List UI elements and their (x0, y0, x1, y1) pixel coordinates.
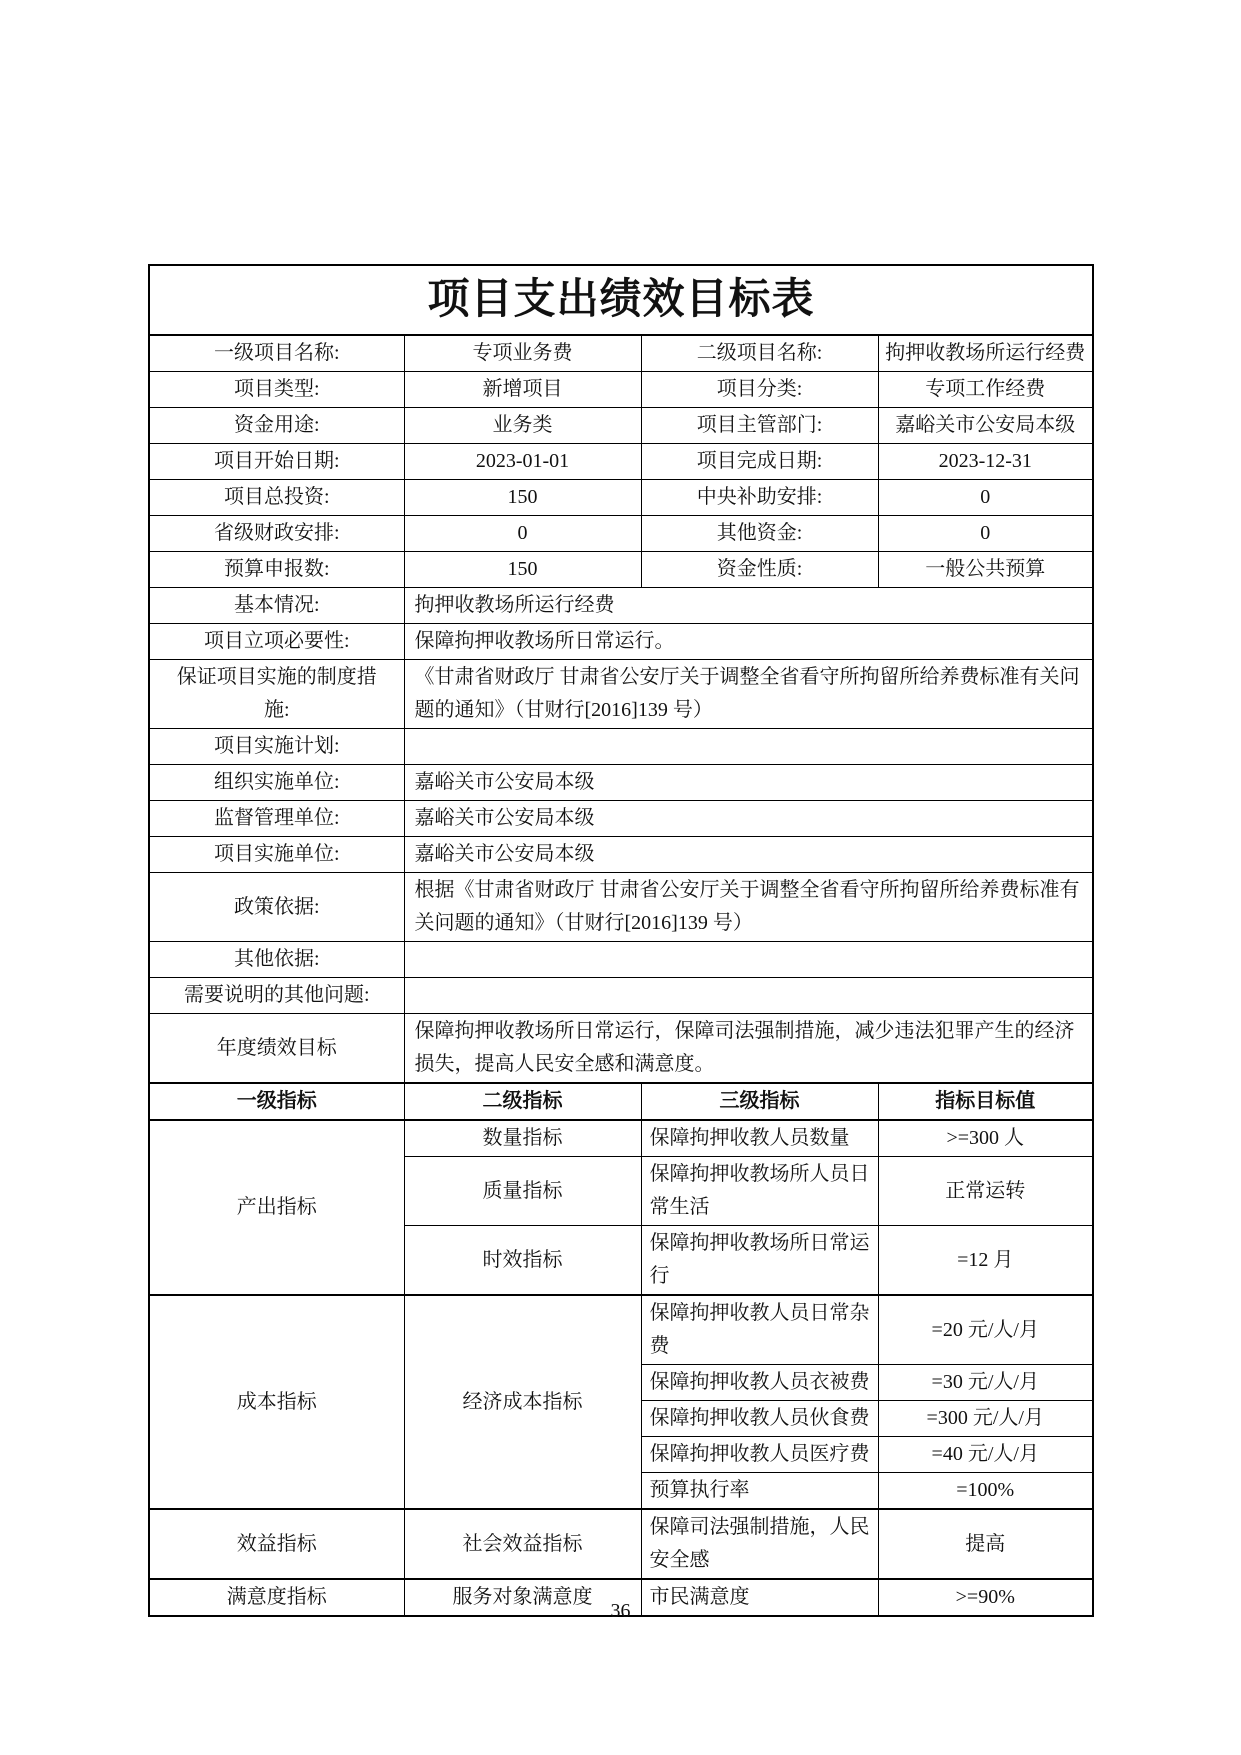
row-value: 嘉峪关市公安局本级 (404, 837, 1093, 873)
row-label: 基本情况: (149, 588, 404, 624)
row-label: 其他依据: (149, 942, 404, 978)
row-value: 《甘肃省财政厅 甘肃省公安厅关于调整全省看守所拘留所给养费标准有关问题的通知》（… (404, 660, 1093, 729)
page-number: 36 (0, 1600, 1241, 1623)
level3-indicator: 保障司法强制措施，人民安全感 (641, 1509, 878, 1579)
row-value: 业务类 (404, 408, 641, 444)
level2-indicator: 经济成本指标 (404, 1295, 641, 1509)
level3-indicator: 保障拘押收教人员数量 (641, 1120, 878, 1157)
column-header: 二级指标 (404, 1083, 641, 1120)
table-row: 组织实施单位: 嘉峪关市公安局本级 (149, 765, 1093, 801)
level2-indicator: 时效指标 (404, 1226, 641, 1296)
row-label: 中央补助安排: (641, 480, 878, 516)
row-label: 项目实施单位: (149, 837, 404, 873)
row-label: 项目实施计划: (149, 729, 404, 765)
row-value: 嘉峪关市公安局本级 (878, 408, 1093, 444)
table-row: 需要说明的其他问题: (149, 978, 1093, 1014)
table-row: 年度绩效目标 保障拘押收教场所日常运行，保障司法强制措施，减少违法犯罪产生的经济… (149, 1014, 1093, 1084)
indicator-row: 效益指标 社会效益指标 保障司法强制措施，人民安全感 提高 (149, 1509, 1093, 1579)
row-value: 2023-01-01 (404, 444, 641, 480)
indicator-row: 成本指标 经济成本指标 保障拘押收教人员日常杂费 =20 元/人/月 (149, 1295, 1093, 1365)
table-row: 项目开始日期: 2023-01-01 项目完成日期: 2023-12-31 (149, 444, 1093, 480)
indicator-target: =100% (878, 1473, 1093, 1510)
indicator-target: =12 月 (878, 1226, 1093, 1296)
row-value: 一般公共预算 (878, 552, 1093, 588)
level1-indicator: 成本指标 (149, 1295, 404, 1509)
level3-indicator: 保障拘押收教人员衣被费 (641, 1365, 878, 1401)
row-value: 保障拘押收教场所日常运行。 (404, 624, 1093, 660)
row-value (404, 942, 1093, 978)
level2-indicator: 数量指标 (404, 1120, 641, 1157)
indicator-target: 正常运转 (878, 1157, 1093, 1226)
row-label: 二级项目名称: (641, 335, 878, 372)
row-label: 保证项目实施的制度措施: (149, 660, 404, 729)
row-value (404, 978, 1093, 1014)
row-label: 项目立项必要性: (149, 624, 404, 660)
indicator-row: 产出指标 数量指标 保障拘押收教人员数量 >=300 人 (149, 1120, 1093, 1157)
row-label: 一级项目名称: (149, 335, 404, 372)
row-label: 项目完成日期: (641, 444, 878, 480)
column-header: 指标目标值 (878, 1083, 1093, 1120)
indicator-target: =300 元/人/月 (878, 1401, 1093, 1437)
row-value: 2023-12-31 (878, 444, 1093, 480)
row-value: 专项业务费 (404, 335, 641, 372)
table-row: 基本情况: 拘押收教场所运行经费 (149, 588, 1093, 624)
row-value (404, 729, 1093, 765)
indicator-target: =40 元/人/月 (878, 1437, 1093, 1473)
table-row: 资金用途: 业务类 项目主管部门: 嘉峪关市公安局本级 (149, 408, 1093, 444)
level3-indicator: 预算执行率 (641, 1473, 878, 1510)
table-row: 监督管理单位: 嘉峪关市公安局本级 (149, 801, 1093, 837)
table-row: 保证项目实施的制度措施: 《甘肃省财政厅 甘肃省公安厅关于调整全省看守所拘留所给… (149, 660, 1093, 729)
level3-indicator: 保障拘押收教场所日常运行 (641, 1226, 878, 1296)
row-value: 0 (878, 516, 1093, 552)
level3-indicator: 保障拘押收教人员医疗费 (641, 1437, 878, 1473)
row-value: 0 (404, 516, 641, 552)
row-label: 需要说明的其他问题: (149, 978, 404, 1014)
level3-indicator: 保障拘押收教人员伙食费 (641, 1401, 878, 1437)
table-row: 项目立项必要性: 保障拘押收教场所日常运行。 (149, 624, 1093, 660)
row-value: 嘉峪关市公安局本级 (404, 765, 1093, 801)
row-value: 150 (404, 480, 641, 516)
row-label: 预算申报数: (149, 552, 404, 588)
row-label: 监督管理单位: (149, 801, 404, 837)
row-label: 项目开始日期: (149, 444, 404, 480)
row-label: 其他资金: (641, 516, 878, 552)
table-row: 项目类型: 新增项目 项目分类: 专项工作经费 (149, 372, 1093, 408)
row-label: 项目分类: (641, 372, 878, 408)
level2-indicator: 社会效益指标 (404, 1509, 641, 1579)
row-value: 150 (404, 552, 641, 588)
row-value: 保障拘押收教场所日常运行，保障司法强制措施，减少违法犯罪产生的经济损失，提高人民… (404, 1014, 1093, 1084)
row-value: 拘押收教场所运行经费 (878, 335, 1093, 372)
document-page: 项目支出绩效目标表 一级项目名称: 专项业务费 二级项目名称: 拘押收教场所运行… (0, 0, 1241, 1755)
indicator-target: =30 元/人/月 (878, 1365, 1093, 1401)
table-row: 其他依据: (149, 942, 1093, 978)
title-row: 项目支出绩效目标表 (149, 265, 1093, 335)
row-label: 资金性质: (641, 552, 878, 588)
row-label: 项目主管部门: (641, 408, 878, 444)
page-title: 项目支出绩效目标表 (149, 265, 1093, 335)
level1-indicator: 产出指标 (149, 1120, 404, 1295)
row-value: 0 (878, 480, 1093, 516)
indicator-target: =20 元/人/月 (878, 1295, 1093, 1365)
row-label: 政策依据: (149, 873, 404, 942)
row-label: 项目总投资: (149, 480, 404, 516)
row-label: 省级财政安排: (149, 516, 404, 552)
indicator-target: 提高 (878, 1509, 1093, 1579)
row-value: 嘉峪关市公安局本级 (404, 801, 1093, 837)
row-value: 新增项目 (404, 372, 641, 408)
row-label: 项目类型: (149, 372, 404, 408)
column-header: 一级指标 (149, 1083, 404, 1120)
level1-indicator: 效益指标 (149, 1509, 404, 1579)
table-row: 一级项目名称: 专项业务费 二级项目名称: 拘押收教场所运行经费 (149, 335, 1093, 372)
table-row: 项目实施单位: 嘉峪关市公安局本级 (149, 837, 1093, 873)
indicator-header-row: 一级指标 二级指标 三级指标 指标目标值 (149, 1083, 1093, 1120)
row-value: 根据《甘肃省财政厅 甘肃省公安厅关于调整全省看守所拘留所给养费标准有关问题的通知… (404, 873, 1093, 942)
table-row: 省级财政安排: 0 其他资金: 0 (149, 516, 1093, 552)
row-value: 拘押收教场所运行经费 (404, 588, 1093, 624)
table-row: 预算申报数: 150 资金性质: 一般公共预算 (149, 552, 1093, 588)
row-label: 资金用途: (149, 408, 404, 444)
row-value: 专项工作经费 (878, 372, 1093, 408)
row-label: 年度绩效目标 (149, 1014, 404, 1084)
table-row: 政策依据: 根据《甘肃省财政厅 甘肃省公安厅关于调整全省看守所拘留所给养费标准有… (149, 873, 1093, 942)
column-header: 三级指标 (641, 1083, 878, 1120)
level3-indicator: 保障拘押收教场所人员日常生活 (641, 1157, 878, 1226)
performance-target-table: 项目支出绩效目标表 一级项目名称: 专项业务费 二级项目名称: 拘押收教场所运行… (148, 264, 1094, 1617)
level2-indicator: 质量指标 (404, 1157, 641, 1226)
level3-indicator: 保障拘押收教人员日常杂费 (641, 1295, 878, 1365)
table-row: 项目实施计划: (149, 729, 1093, 765)
row-label: 组织实施单位: (149, 765, 404, 801)
table-row: 项目总投资: 150 中央补助安排: 0 (149, 480, 1093, 516)
indicator-target: >=300 人 (878, 1120, 1093, 1157)
